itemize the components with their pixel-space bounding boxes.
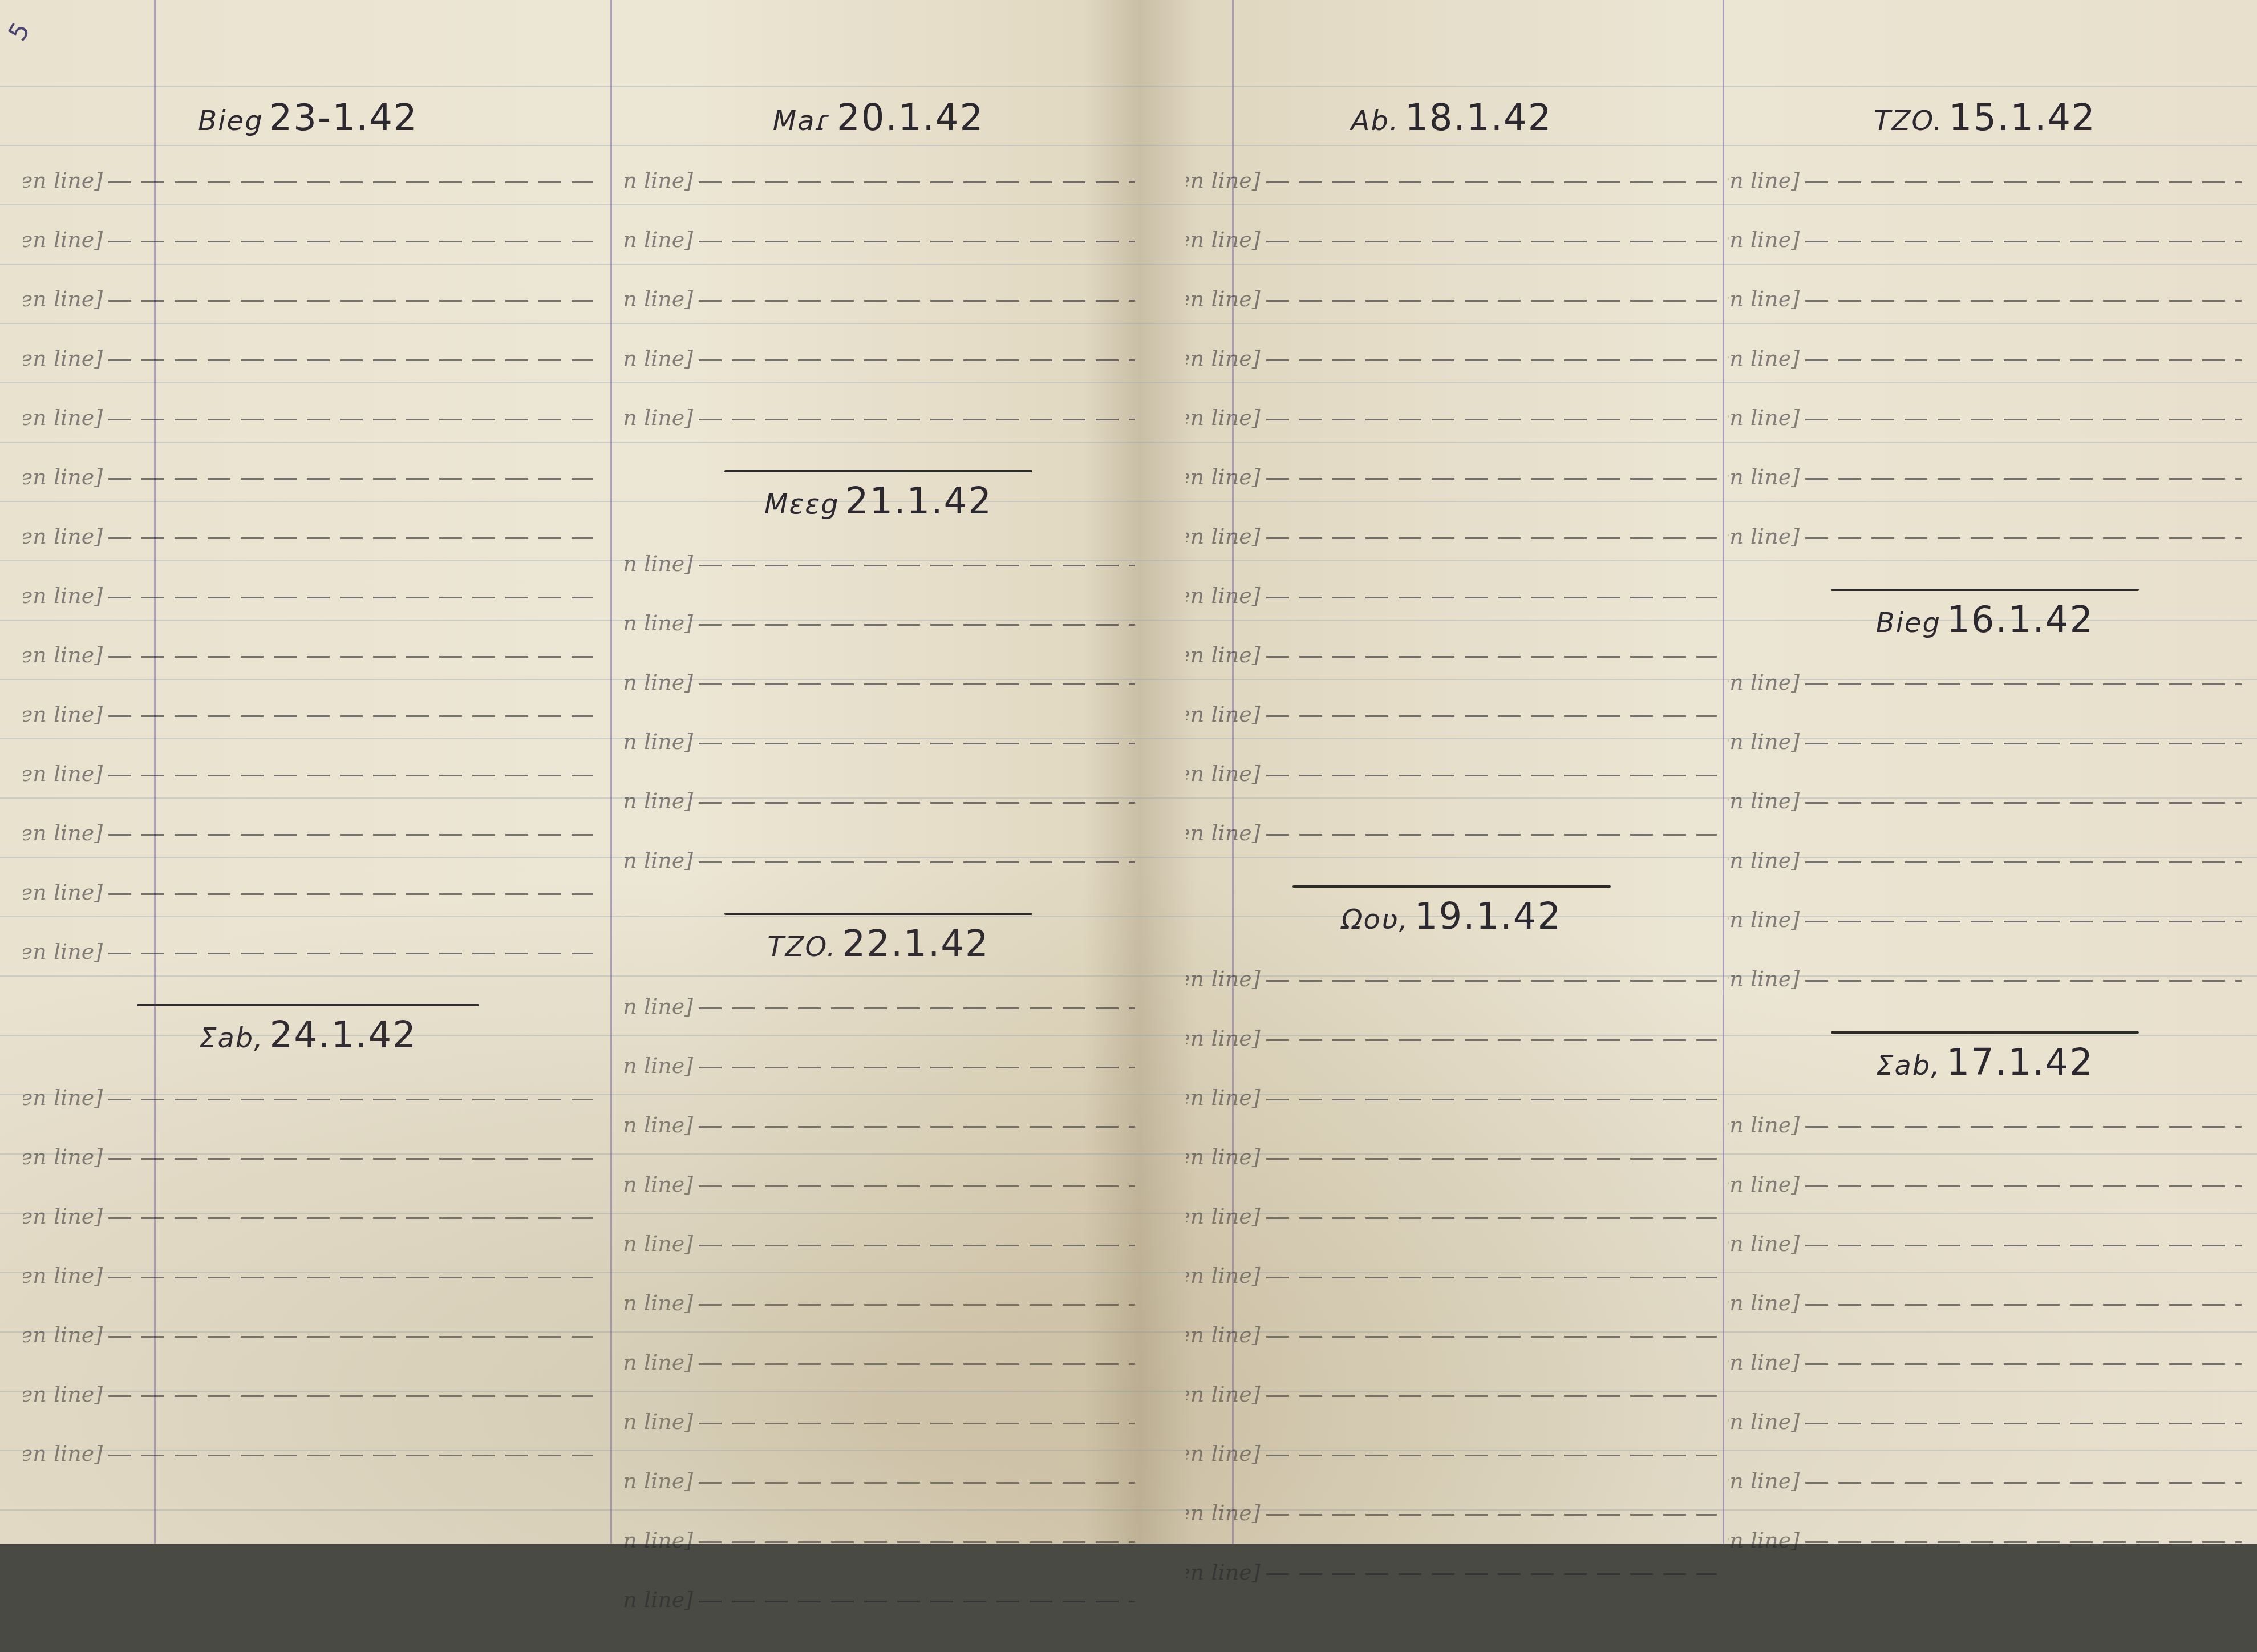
handwritten-line: [illegible handwritten line]: [23, 1364, 593, 1424]
handwritten-line: [illegible handwritten line]: [1186, 1364, 1717, 1424]
handwritten-line: [illegible handwritten line]: [1728, 507, 2242, 566]
handwritten-line: [illegible handwritten line]: [23, 329, 593, 388]
handwritten-line: [illegible handwritten line]: [622, 1214, 1135, 1273]
entry-date-header: Bieg23-1.42: [23, 97, 593, 139]
handwritten-line: [illegible handwritten line]: [1728, 1333, 2242, 1392]
handwritten-line: [illegible handwritten line]: [1186, 1424, 1717, 1483]
entry-date-header: Maɾ20.1.42: [622, 97, 1135, 139]
entry-date: 24.1.42: [270, 1014, 417, 1056]
handwritten-line: [illegible handwritten line]: [622, 1036, 1135, 1095]
handwritten-line: [illegible handwritten line]: [1186, 1187, 1717, 1246]
handwritten-line: [illegible handwritten line]: [23, 625, 593, 685]
handwritten-line: [illegible handwritten line]: [622, 1511, 1135, 1544]
left-page-column-2: Maɾ20.1.42[illegible handwritten line][i…: [622, 97, 1135, 1544]
handwritten-line: [illegible handwritten line]: [622, 1155, 1135, 1214]
entry-date: 23-1.42: [269, 97, 418, 139]
handwritten-line: [illegible handwritten line]: [1186, 210, 1717, 269]
diary-entry: TZO.15.1.42[illegible handwritten line][…: [1728, 97, 2242, 566]
entry-date: 22.1.42: [842, 923, 990, 965]
entry-weekday: Mεεg: [764, 488, 840, 520]
left-page: 5 Bieg23-1.42[illegible handwritten line…: [0, 0, 1146, 1544]
entry-date-header: Ʃab,24.1.42: [23, 1014, 593, 1056]
entry-date: 21.1.42: [845, 480, 992, 523]
column-divider-line: [1723, 0, 1724, 1544]
diary-entry: Ab.18.1.42[illegible handwritten line][i…: [1186, 97, 1717, 863]
handwritten-line: [illegible handwritten line]: [23, 803, 593, 863]
handwritten-line: [illegible handwritten line]: [622, 329, 1135, 388]
entry-date: 16.1.42: [1947, 599, 2094, 641]
diary-entry: Maɾ20.1.42[illegible handwritten line][i…: [622, 97, 1135, 447]
handwritten-line: [illegible handwritten line]: [622, 712, 1135, 771]
handwritten-line: [illegible handwritten line]: [1186, 949, 1717, 1009]
entry-date-header: Ʃab,17.1.42: [1728, 1042, 2242, 1084]
handwritten-line: [illegible handwritten line]: [1728, 1273, 2242, 1333]
handwritten-line: [illegible handwritten line]: [1728, 1511, 2242, 1544]
handwritten-line: [illegible handwritten line]: [1186, 447, 1717, 507]
handwritten-line: [illegible handwritten line]: [23, 1246, 593, 1305]
handwritten-line: [illegible handwritten line]: [23, 447, 593, 507]
entry-weekday: Ab.: [1351, 105, 1400, 137]
handwritten-line: [illegible handwritten line]: [23, 685, 593, 744]
handwritten-line: [illegible handwritten line]: [1186, 329, 1717, 388]
ruled-line: [1146, 86, 2257, 87]
handwritten-line: [illegible handwritten line]: [23, 269, 593, 329]
handwritten-line: [illegible handwritten line]: [1728, 949, 2242, 1009]
handwritten-line: [illegible handwritten line]: [1728, 1392, 2242, 1451]
handwritten-line: [illegible handwritten line]: [1728, 388, 2242, 447]
handwritten-line: [illegible handwritten line]: [622, 1451, 1135, 1511]
entry-weekday: Bieg: [198, 105, 263, 137]
handwritten-line: [illegible handwritten line]: [1728, 210, 2242, 269]
handwritten-line: [illegible handwritten line]: [1186, 1483, 1717, 1542]
entry-weekday: Ʃab,: [199, 1022, 264, 1054]
handwritten-line: [illegible handwritten line]: [1728, 712, 2242, 771]
handwritten-line: [illegible handwritten line]: [622, 1392, 1135, 1451]
entry-separator-line: [1831, 1031, 2139, 1034]
right-page-column-1: Ab.18.1.42[illegible handwritten line][i…: [1186, 97, 1717, 1544]
handwritten-line: [illegible handwritten line]: [1186, 1246, 1717, 1305]
page-number: 5: [3, 18, 36, 46]
entry-weekday: Bieg: [1876, 607, 1941, 639]
handwritten-line: [illegible handwritten line]: [1728, 329, 2242, 388]
entry-weekday: TZO.: [767, 931, 836, 963]
handwritten-line: [illegible handwritten line]: [1728, 269, 2242, 329]
handwritten-line: [illegible handwritten line]: [23, 1305, 593, 1364]
entry-separator-line: [1831, 589, 2139, 591]
handwritten-line: [illegible handwritten line]: [23, 1127, 593, 1187]
entry-separator-line: [137, 1004, 479, 1006]
entry-separator-line: [1292, 885, 1611, 888]
notebook-spread: 5 Bieg23-1.42[illegible handwritten line…: [0, 0, 2257, 1544]
handwritten-line: [illegible handwritten line]: [23, 1068, 593, 1127]
entry-date: 15.1.42: [1949, 97, 2096, 139]
handwritten-line: [illegible handwritten line]: [622, 653, 1135, 712]
handwritten-line: [illegible handwritten line]: [622, 534, 1135, 593]
handwritten-line: [illegible handwritten line]: [23, 210, 593, 269]
entry-weekday: Ωoʋ,: [1342, 904, 1409, 936]
diary-entry: Ʃab,17.1.42[illegible handwritten line][…: [1728, 1031, 2242, 1544]
handwritten-line: [illegible handwritten line]: [1186, 1305, 1717, 1364]
handwritten-line: [illegible handwritten line]: [622, 1273, 1135, 1333]
ruled-line: [0, 86, 1146, 87]
handwritten-line: [illegible handwritten line]: [23, 566, 593, 625]
entry-date-header: TZO.22.1.42: [622, 923, 1135, 965]
entry-weekday: Maɾ: [773, 105, 831, 137]
entry-date-header: Ωoʋ,19.1.42: [1186, 896, 1717, 938]
entry-weekday: Ʃab,: [1876, 1050, 1940, 1082]
entry-date: 19.1.42: [1415, 896, 1562, 938]
diary-entry: TZO.22.1.42[illegible handwritten line][…: [622, 913, 1135, 1544]
column-divider-line: [610, 0, 612, 1544]
handwritten-line: [illegible handwritten line]: [23, 863, 593, 922]
handwritten-line: [illegible handwritten line]: [622, 831, 1135, 890]
entry-weekday: TZO.: [1874, 105, 1943, 137]
entry-date: 20.1.42: [837, 97, 984, 139]
handwritten-line: [illegible handwritten line]: [23, 151, 593, 210]
handwritten-line: [illegible handwritten line]: [1186, 1127, 1717, 1187]
handwritten-line: [illegible handwritten line]: [23, 507, 593, 566]
diary-entry: Bieg23-1.42[illegible handwritten line][…: [23, 97, 593, 981]
right-page-column-2: TZO.15.1.42[illegible handwritten line][…: [1728, 97, 2242, 1544]
entry-separator-line: [724, 913, 1032, 915]
handwritten-line: [illegible handwritten line]: [1186, 744, 1717, 803]
handwritten-line: [illegible handwritten line]: [1728, 1095, 2242, 1155]
handwritten-line: [illegible handwritten line]: [23, 388, 593, 447]
handwritten-line: [illegible handwritten line]: [1186, 685, 1717, 744]
entry-date: 17.1.42: [1947, 1042, 2094, 1084]
handwritten-line: [illegible handwritten line]: [1728, 890, 2242, 949]
diary-entry: Ʃab,24.1.42[illegible handwritten line][…: [23, 1004, 593, 1483]
handwritten-line: [illegible handwritten line]: [1186, 803, 1717, 863]
handwritten-line: [illegible handwritten line]: [622, 269, 1135, 329]
diary-entry: Bieg16.1.42[illegible handwritten line][…: [1728, 589, 2242, 1009]
handwritten-line: [illegible handwritten line]: [622, 593, 1135, 653]
handwritten-line: [illegible handwritten line]: [1186, 269, 1717, 329]
entry-separator-line: [724, 470, 1032, 472]
diary-entry: Ωoʋ,19.1.42[illegible handwritten line][…: [1186, 885, 1717, 1544]
entry-date: 18.1.42: [1405, 97, 1552, 139]
handwritten-line: [illegible handwritten line]: [1186, 507, 1717, 566]
entry-date-header: Mεεg21.1.42: [622, 480, 1135, 523]
handwritten-line: [illegible handwritten line]: [23, 922, 593, 981]
handwritten-line: [illegible handwritten line]: [1728, 771, 2242, 831]
handwritten-line: [illegible handwritten line]: [23, 744, 593, 803]
handwritten-line: [illegible handwritten line]: [622, 388, 1135, 447]
handwritten-line: [illegible handwritten line]: [622, 771, 1135, 831]
entry-date-header: Ab.18.1.42: [1186, 97, 1717, 139]
left-page-column-1: Bieg23-1.42[illegible handwritten line][…: [23, 97, 593, 1506]
right-page: Ab.18.1.42[illegible handwritten line][i…: [1146, 0, 2257, 1544]
handwritten-line: [illegible handwritten line]: [23, 1424, 593, 1483]
handwritten-line: [illegible handwritten line]: [1186, 1068, 1717, 1127]
handwritten-line: [illegible handwritten line]: [1186, 388, 1717, 447]
entry-date-header: Bieg16.1.42: [1728, 599, 2242, 641]
handwritten-line: [illegible handwritten line]: [1728, 1155, 2242, 1214]
handwritten-line: [illegible handwritten line]: [622, 151, 1135, 210]
handwritten-line: [illegible handwritten line]: [1186, 1009, 1717, 1068]
handwritten-line: [illegible handwritten line]: [1186, 151, 1717, 210]
handwritten-line: [illegible handwritten line]: [1728, 1451, 2242, 1511]
handwritten-line: [illegible handwritten line]: [1728, 1214, 2242, 1273]
handwritten-line: [illegible handwritten line]: [1728, 831, 2242, 890]
handwritten-line: [illegible handwritten line]: [622, 1333, 1135, 1392]
entry-date-header: TZO.15.1.42: [1728, 97, 2242, 139]
handwritten-line: [illegible handwritten line]: [622, 1095, 1135, 1155]
handwritten-line: [illegible handwritten line]: [1186, 625, 1717, 685]
diary-entry: Mεεg21.1.42[illegible handwritten line][…: [622, 470, 1135, 890]
handwritten-line: [illegible handwritten line]: [1728, 447, 2242, 507]
handwritten-line: [illegible handwritten line]: [622, 210, 1135, 269]
handwritten-line: [illegible handwritten line]: [622, 977, 1135, 1036]
handwritten-line: [illegible handwritten line]: [1728, 151, 2242, 210]
handwritten-line: [illegible handwritten line]: [1728, 653, 2242, 712]
handwritten-line: [illegible handwritten line]: [23, 1187, 593, 1246]
handwritten-line: [illegible handwritten line]: [1186, 566, 1717, 625]
